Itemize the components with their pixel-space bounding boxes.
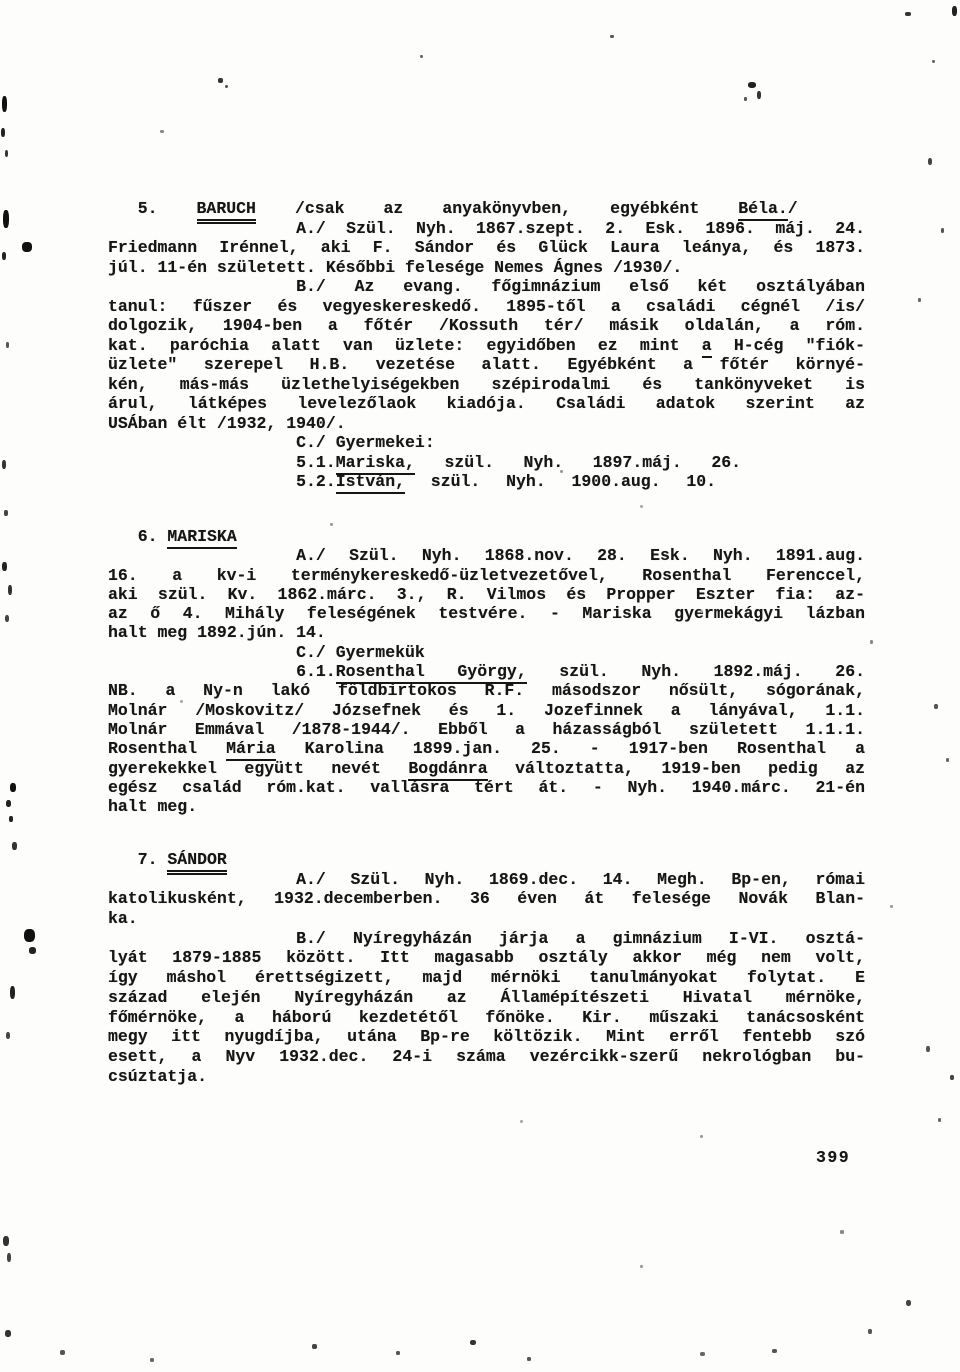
scan-speck [700,1352,705,1356]
scan-speck [640,505,643,508]
text-line: B./ Az evang. főgimnázium első két osztá… [108,277,865,297]
scan-speck [60,1350,65,1355]
underlined-text: MARISKA [167,527,236,549]
text-segment: A./ Szül. Nyh. 1868.nov. 28. Esk. Nyh. 1… [296,546,865,565]
text-segment: megy itt nyugdíjba, utána Bp-re költözik… [108,1027,865,1046]
text-line: tanul: fűszer és vegyeskereskedő. 1895-t… [108,297,865,317]
text-segment: /csak az anyakönyvben, egyébként [256,199,738,218]
text-segment: B./ Nyíregyházán járja a gimnázium I-VI.… [296,929,865,948]
text-segment: C./ Gyermekei: [296,433,435,452]
text-line: csúztatja. [108,1067,865,1087]
scan-speck [3,1236,9,1246]
text-line: Rosenthal Mária Karolina 1899.jan. 25. -… [108,739,865,758]
text-segment: 5. [138,199,197,218]
scan-speck [610,35,614,38]
section-baruch: 5. BARUCH /csak az anyakönyvben, egyébké… [108,199,865,492]
scan-speck [527,1357,531,1361]
text-segment: gyerekekkel együtt nevét [108,759,408,778]
text-segment: katolikusként, 1932.decemberben. 36 éven… [108,889,865,908]
text-segment: kén, más-más üzlethelyiségekben szépirod… [108,375,865,394]
text-line: A./ Szül. Nyh. 1868.nov. 28. Esk. Nyh. 1… [108,546,865,565]
text-segment: júl. 11-én született. Későbbi felesége N… [108,258,682,277]
text-line: halt meg. [108,797,865,816]
scan-speck [946,758,949,762]
scan-speck [420,55,423,58]
scan-speck [7,1253,11,1262]
text-line: főmérnöke, a háború kezdetétől főnöke. K… [108,1008,865,1028]
scan-speck [470,1340,476,1345]
scan-speck [952,6,957,16]
scan-speck [906,1300,911,1306]
text-line: júl. 11-én született. Későbbi felesége N… [108,258,865,278]
text-segment: H-cég "fiók- [712,336,865,355]
text-segment: század elején Nyíregyházán az Államépíté… [108,988,865,1007]
text-segment: Molnár /Moskovitz/ Józsefnek és 1. Jozef… [108,701,865,720]
text-segment: Rosenthal [108,739,226,758]
scan-speck [928,158,932,165]
scan-speck [870,640,873,644]
text-segment: 6. [138,527,168,546]
scan-speck [4,510,8,516]
text-line: az ő 4. Mihály feleségének testvére. - M… [108,604,865,623]
text-segment: Karolina 1899.jan. 25. - 1917-ben Rosent… [276,739,865,758]
text-line: 7. SÁNDOR [108,850,865,870]
scan-speck [890,905,893,908]
scan-speck [180,700,183,703]
scan-speck [938,1118,941,1122]
text-segment: esett, a Nyv 1932.dec. 24-i száma vezérc… [108,1047,865,1066]
text-line: C./ Gyermekei: [108,433,865,453]
text-segment: csúztatja. [108,1067,207,1086]
text-segment: 16. a kv-i terménykereskedő-üzletvezetőv… [108,566,865,585]
text-segment: A./ Szül. Nyh. 1869.dec. 14. Megh. Bp-en… [296,870,865,889]
scan-speck [520,1120,523,1123]
scan-speck [932,60,935,63]
text-segment: 6.1. [296,662,336,681]
scan-speck [396,1351,400,1355]
text-line: katolikusként, 1932.decemberben. 36 éven… [108,889,865,909]
scan-speck [6,1032,10,1039]
scan-speck [934,704,938,709]
underlined-text: István, [336,472,405,494]
text-line: megy itt nyugdíjba, utána Bp-re költözik… [108,1027,865,1047]
scan-speck [772,1349,777,1353]
scan-speck [2,562,7,571]
text-segment: üzlete" szerepel H.B. vezetése alatt. Eg… [108,355,865,374]
text-line: 16. a kv-i terménykereskedő-üzletvezetőv… [108,566,865,585]
text-line: 6.1.Rosenthal György, szül. Nyh. 1892.má… [108,662,865,681]
scan-speck [1,128,5,137]
text-segment: halt meg. [108,797,197,816]
text-segment: USÁban élt /1932, 1940/. [108,414,346,433]
text-line: Molnár /Moskovitz/ Józsefnek és 1. Jozef… [108,701,865,720]
scan-speck [941,228,944,233]
scan-speck [840,1230,844,1234]
text-segment: szül. Nyh. 1897.máj. 26. [415,453,741,472]
section-mariska: 6. MARISKAA./ Szül. Nyh. 1868.nov. 28. E… [108,527,865,816]
text-line: USÁban élt /1932, 1940/. [108,414,865,434]
text-line: NB. a Ny-n lakó földbirtokos R.F. másods… [108,681,865,700]
text-segment: halt meg 1892.jún. 14. [108,623,326,642]
scan-speck [700,1135,703,1138]
text-line: halt meg 1892.jún. 14. [108,623,865,642]
text-segment: 7. [138,850,168,869]
scan-speck [560,470,563,473]
text-segment: 5.2. [296,472,336,491]
text-segment: NB. a Ny-n lakó földbirtokos R.F. másods… [108,681,865,700]
text-line: esett, a Nyv 1932.dec. 24-i száma vezérc… [108,1047,865,1067]
section-sandor: 7. SÁNDORA./ Szül. Nyh. 1869.dec. 14. Me… [108,850,865,1086]
text-segment: szül. Nyh. 1892.máj. 26. [527,662,865,681]
text-segment: így máshol érettségizett, majd mérnöki t… [108,968,865,987]
scan-speck [29,947,36,954]
text-line: dolgozik, 1904-ben a főtér /Kossuth tér/… [108,316,865,336]
text-segment: kat. paróchia alatt van üzlete: egyidőbe… [108,336,702,355]
text-segment: lyát 1879-1885 között. Itt magasabb oszt… [108,948,865,967]
scan-speck [5,1330,11,1337]
text-line: aki szül. Kv. 1862.márc. 3., R. Vilmos é… [108,585,865,604]
scan-speck [9,816,13,822]
text-line: Molnár Emmával /1878-1944/. Ebből a háza… [108,720,865,739]
scanned-page: 5. BARUCH /csak az anyakönyvben, egyébké… [0,0,960,1372]
text-line: C./ Gyermekük [108,643,865,662]
text-segment: szül. Nyh. 1900.aug. 10. [405,472,716,491]
scan-speck [24,929,35,942]
text-segment: árul, látképes levelezőlaok kiadója. Csa… [108,394,865,413]
scan-speck [312,1344,317,1349]
text-line: 5.2.István, szül. Nyh. 1900.aug. 10. [108,472,716,492]
text-line: B./ Nyíregyházán járja a gimnázium I-VI.… [108,929,865,949]
text-segment: A./ Szül. Nyh. 1867.szept. 2. Esk. 1896.… [296,219,865,238]
scan-speck [10,986,15,999]
scan-speck [330,523,333,526]
scan-speck [748,82,756,88]
text-line: üzlete" szerepel H.B. vezetése alatt. Eg… [108,355,865,375]
scan-speck [22,242,32,252]
text-segment: az ő 4. Mihály feleségének testvére. - M… [108,604,865,623]
text-line: ka. [108,909,865,929]
underlined-text: BARUCH [197,199,256,224]
scan-speck [744,97,747,101]
scan-speck [926,1046,930,1052]
text-segment: Friedmann Irénnel, aki F. Sándor és Glüc… [108,238,865,257]
text-segment: C./ Gyermekük [296,643,425,662]
scan-speck [8,585,12,595]
text-segment: Molnár Emmával /1878-1944/. Ebből a háza… [108,720,865,739]
text-segment: változtatta, 1919-ben pedig az [488,759,865,778]
scan-speck [2,252,6,260]
text-line: kén, más-más üzlethelyiségekben szépirod… [108,375,865,395]
scan-speck [2,460,6,469]
scan-speck [2,96,7,112]
scan-speck [225,85,228,88]
text-segment: B./ Az evang. főgimnázium első két osztá… [296,277,865,296]
scan-speck [918,298,921,302]
text-line: 5. BARUCH /csak az anyakönyvben, egyébké… [108,199,798,219]
page-number: 399 [816,1148,850,1167]
text-line: gyerekekkel együtt nevét Bogdánra változ… [108,759,865,778]
scan-speck [160,130,164,133]
text-segment: / [788,199,798,218]
scan-speck [12,842,17,850]
text-line: árul, látképes levelezőlaok kiadója. Csa… [108,394,865,414]
scan-speck [905,12,911,16]
scan-speck [3,210,9,228]
underlined-text: SÁNDOR [167,850,226,875]
scan-speck [5,615,9,622]
text-line: 5.1.Mariska, szül. Nyh. 1897.máj. 26. [108,453,741,473]
text-segment: ka. [108,909,138,928]
scan-speck [150,1358,154,1362]
text-segment: dolgozik, 1904-ben a főtér /Kossuth tér/… [108,316,865,335]
text-line: egész család róm.kat. vallásra tért át. … [108,778,865,797]
text-segment: főmérnöke, a háború kezdetétől főnöke. K… [108,1008,865,1027]
scan-speck [5,150,8,157]
scan-speck [950,1075,954,1080]
text-segment: aki szül. Kv. 1862.márc. 3., R. Vilmos é… [108,585,865,604]
scan-speck [700,610,703,613]
text-line: 6. MARISKA [108,527,865,546]
scan-speck [6,342,9,348]
text-segment: tanul: fűszer és vegyeskereskedő. 1895-t… [108,297,865,316]
text-line: lyát 1879-1885 között. Itt magasabb oszt… [108,948,865,968]
text-segment: egész család róm.kat. vallásra tért át. … [108,778,865,797]
text-line: így máshol érettségizett, majd mérnöki t… [108,968,865,988]
text-segment: 5.1. [296,453,336,472]
scan-speck [218,78,223,83]
text-line: Friedmann Irénnel, aki F. Sándor és Glüc… [108,238,865,258]
scan-speck [868,1329,872,1334]
scan-speck [757,91,761,99]
text-line: század elején Nyíregyházán az Államépíté… [108,988,865,1008]
text-line: kat. paróchia alatt van üzlete: egyidőbe… [108,336,865,356]
scan-speck [6,800,11,807]
scan-speck [640,1265,643,1268]
scan-speck [10,783,16,792]
